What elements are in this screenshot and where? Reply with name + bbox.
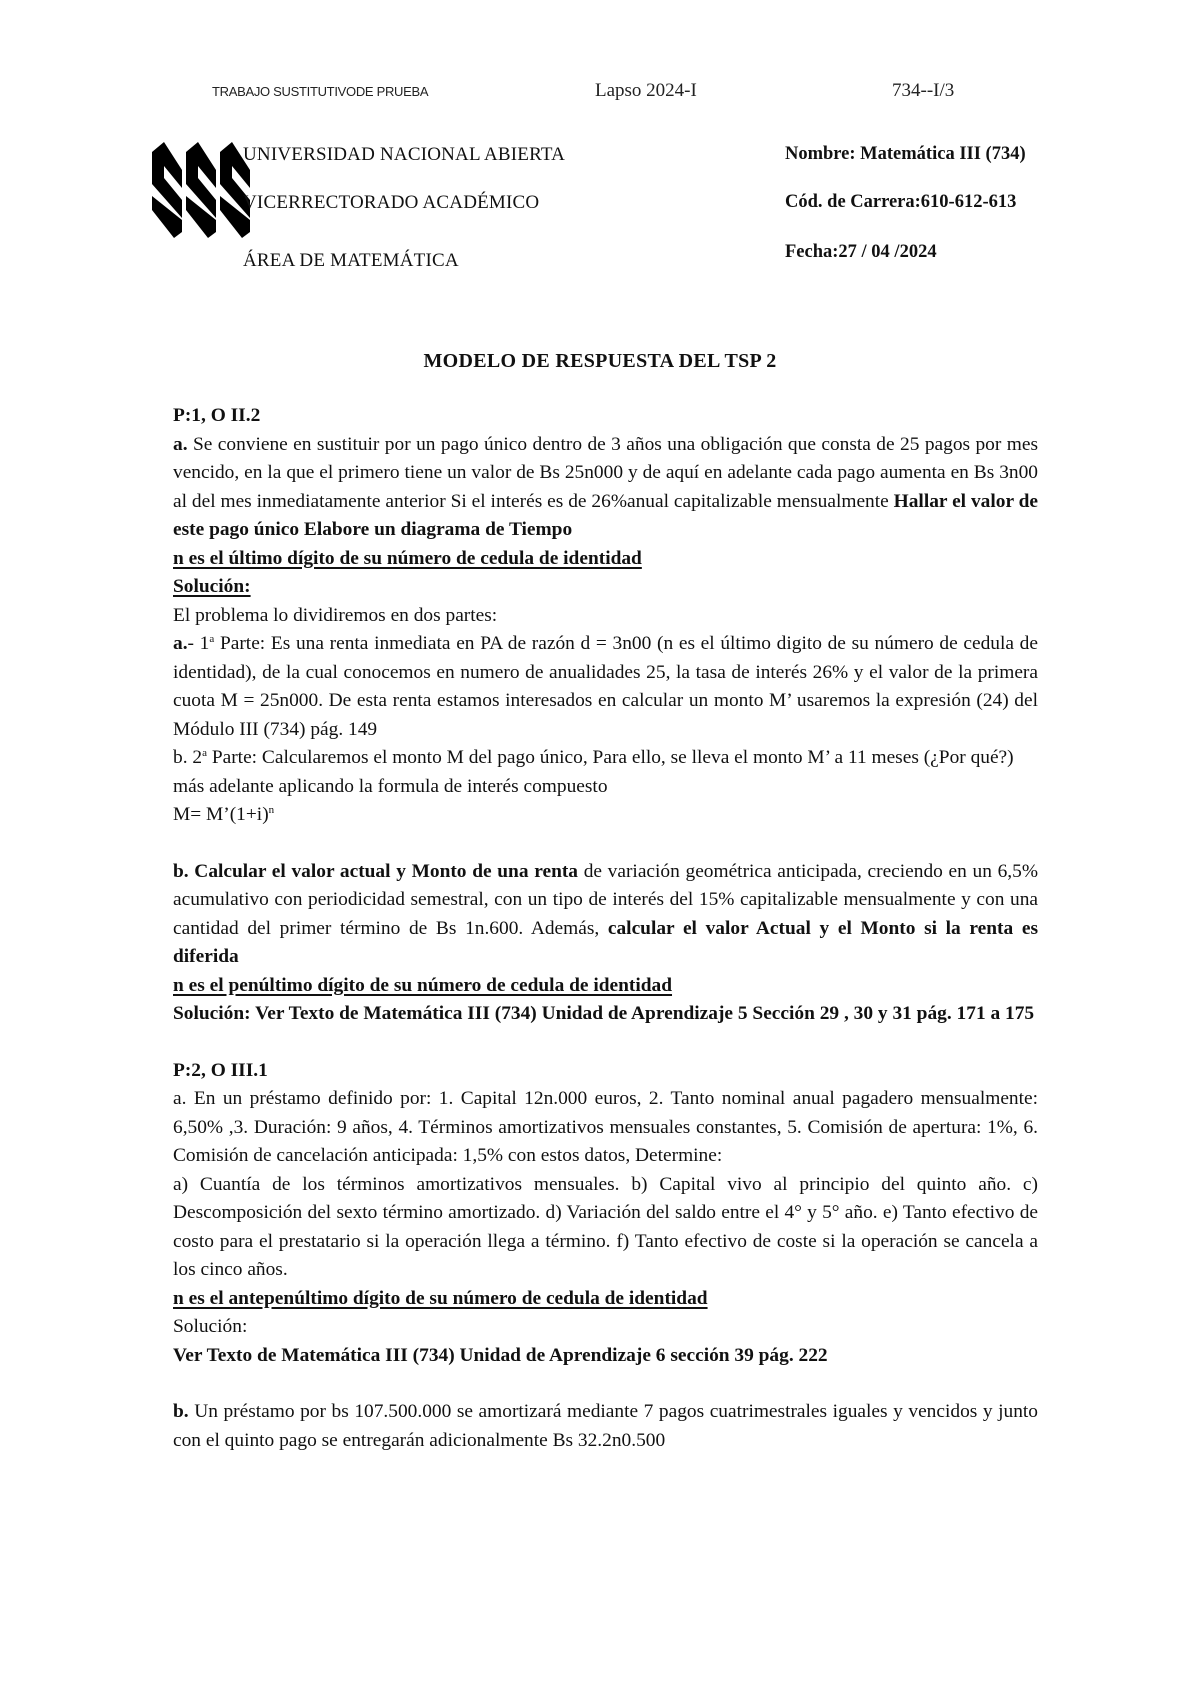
- vice-rectorate: VICERRECTORADO ACADÉMICO: [243, 192, 539, 214]
- document-body: P:1, O II.2 a. Se conviene en sustituir …: [173, 402, 1038, 1455]
- question-2a-statement: a. En un préstamo definido por: 1. Capit…: [173, 1085, 1038, 1171]
- question-2b-text: Un préstamo por bs 107.500.000 se amorti…: [173, 1401, 1038, 1451]
- question-2a-items: a) Cuantía de los términos amortizativos…: [173, 1171, 1038, 1285]
- item-label: a.: [173, 633, 188, 654]
- question-1b-n-note: n es el penúltimo dígito de su número de…: [173, 972, 1038, 1001]
- solution-intro: El problema lo dividiremos en dos partes…: [173, 602, 1038, 631]
- item-label: a.: [173, 434, 188, 455]
- solution-label: Solución:: [173, 1313, 1038, 1342]
- formula-exponent: n: [269, 804, 275, 816]
- part-1-text: Parte: Es una renta inmediata en PA de r…: [173, 633, 1038, 740]
- part-1-prefix: - 1: [188, 633, 210, 654]
- question-1b-statement: b. Calcular el valor actual y Monto de u…: [173, 858, 1038, 972]
- item-label: b.: [173, 1401, 189, 1422]
- header-page-code: 734--I/3: [892, 80, 954, 102]
- question-2b-statement: b. Un préstamo por bs 107.500.000 se amo…: [173, 1398, 1038, 1455]
- question-1a-statement: a. Se conviene en sustituir por un pago …: [173, 431, 1038, 545]
- header-course-type: TRABAJO SUSTITUTIVODE PRUEBA: [212, 84, 428, 99]
- una-logo-icon: [150, 140, 252, 242]
- question-2a-n-note: n es el antepenúltimo dígito de su númer…: [173, 1285, 1038, 1314]
- solution-label: Solución:: [173, 573, 1038, 602]
- document-title: MODELO DE RESPUESTA DEL TSP 2: [0, 350, 1200, 373]
- university-name: UNIVERSIDAD NACIONAL ABIERTA: [243, 144, 565, 166]
- question-1a-n-note: n es el último dígito de su número de ce…: [173, 545, 1038, 574]
- header-term: Lapso 2024-I: [595, 80, 697, 102]
- part-2-text: Parte: Calcularemos el monto M del pago …: [173, 747, 1014, 797]
- math-area: ÁREA DE MATEMÁTICA: [243, 250, 459, 272]
- question-1b-lead: b. Calcular el valor actual y Monto de u…: [173, 861, 578, 882]
- solution-part-1: a.- 1a Parte: Es una renta inmediata en …: [173, 630, 1038, 744]
- question-2-heading: P:2, O III.1: [173, 1057, 1038, 1086]
- running-header: TRABAJO SUSTITUTIVODE PRUEBA Lapso 2024-…: [0, 80, 1200, 110]
- compound-interest-formula: M= M’(1+i)n: [173, 801, 1038, 830]
- solution-part-2: b. 2a Parte: Calcularemos el monto M del…: [173, 744, 1038, 801]
- question-1b-solution: Solución: Ver Texto de Matemática III (7…: [173, 1000, 1038, 1029]
- course-name: Nombre: Matemática III (734): [785, 144, 1026, 165]
- question-2a-solution: Ver Texto de Matemática III (734) Unidad…: [173, 1342, 1038, 1371]
- formula-text: M= M’(1+i): [173, 804, 269, 825]
- question-1-heading: P:1, O II.2: [173, 402, 1038, 431]
- career-code: Cód. de Carrera:610-612-613: [785, 192, 1016, 213]
- exam-date: Fecha:27 / 04 /2024: [785, 242, 937, 263]
- part-2-prefix: b. 2: [173, 747, 202, 768]
